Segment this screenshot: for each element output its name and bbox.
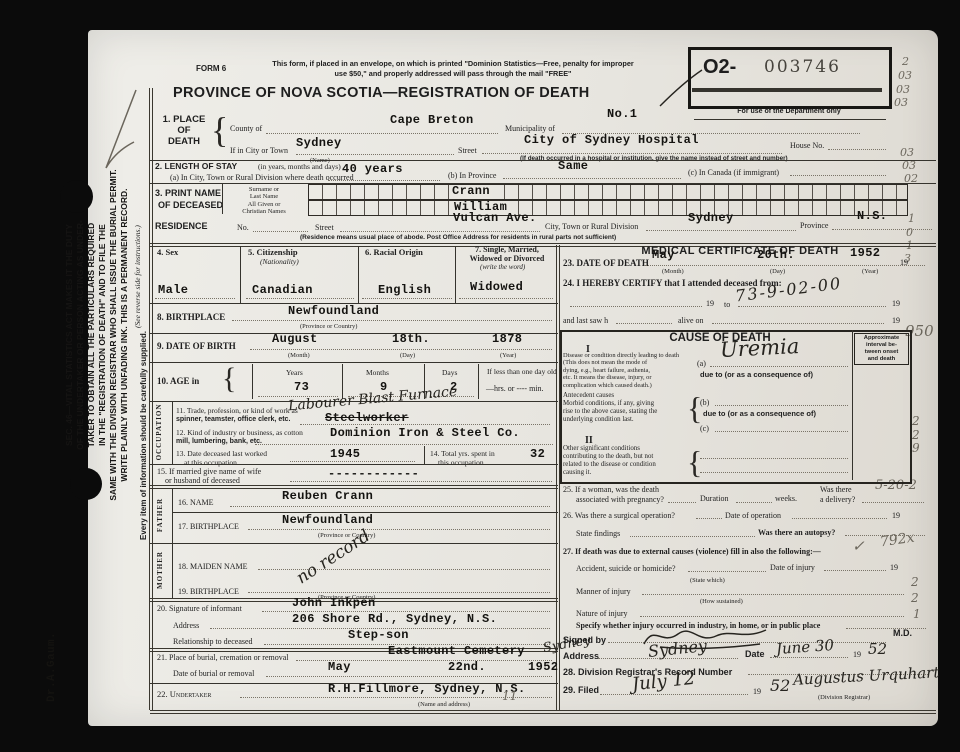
q25-duration-label: Duration	[700, 494, 728, 503]
dotted-line	[646, 230, 796, 231]
birth-year-caption: (Year)	[500, 352, 516, 359]
death-year-caption: (Year)	[862, 268, 878, 275]
q26-findings-label: State findings	[576, 529, 620, 538]
father-name-label: 16. NAME	[178, 498, 214, 507]
dotted-line	[715, 431, 848, 432]
mother-vertical-label: MOTHER	[156, 545, 170, 595]
sidebar-reverse-note: (See reverse side for instructions.)	[134, 166, 146, 328]
q27-line1: 27. If death was due to external causes …	[563, 547, 821, 556]
age-hrs-min-line: —hrs. or ---- min.	[486, 384, 544, 393]
informant-address-value: 206 Shore Rd., Sydney, N.S.	[292, 613, 497, 627]
stay-c-label: (c) In Canada (if immigrant)	[688, 168, 779, 177]
given-names-comb-field	[308, 200, 908, 216]
dotted-line	[266, 676, 552, 677]
last-worked-value: 1945	[330, 448, 360, 462]
dotted-line	[290, 461, 415, 462]
dotted-line	[824, 570, 886, 571]
brace-glyph: {	[687, 390, 702, 427]
rule	[240, 246, 241, 303]
dotted-line	[232, 320, 552, 321]
rule	[694, 119, 886, 120]
stay-a-value: 40 years	[342, 163, 403, 177]
dotted-line	[738, 306, 886, 307]
racial-origin-value: English	[378, 284, 431, 298]
surname-sublabel: Surname or Last Name	[224, 186, 304, 201]
place-of-death-label: 1. PLACE OF DEATH	[155, 114, 213, 147]
pencil-mark	[100, 88, 152, 180]
age-less-than-day-label: If less than one day old	[487, 368, 557, 377]
burial-year-value: 1952	[528, 661, 558, 675]
trade-label2: spinner, teamster, office clerk, etc.	[176, 416, 290, 424]
rule	[252, 364, 253, 399]
racial-origin-label: 6. Racial Origin	[365, 248, 423, 258]
print-name-label: 3. PRINT NAME	[155, 188, 221, 198]
dotted-line	[328, 180, 440, 181]
dotted-line	[570, 306, 702, 307]
dotted-line	[253, 231, 308, 232]
stay-a-label: (a) In City, Town or Rural Division wher…	[170, 173, 354, 182]
q27-manner-label: Manner of injury	[576, 587, 631, 596]
spouse-label2: or husband of deceased	[165, 476, 240, 485]
brace-glyph: {	[222, 362, 236, 397]
rule	[150, 160, 936, 161]
stamp-serial-number: 003746	[764, 58, 841, 78]
county-value: Cape Breton	[390, 114, 474, 128]
informant-name-value: John Inkpen	[292, 597, 376, 611]
dotted-line	[640, 616, 904, 617]
age-years-label: Years	[286, 369, 303, 378]
dotted-line	[630, 536, 755, 537]
sex-value: Male	[158, 284, 188, 298]
dotted-line	[230, 506, 550, 507]
rule	[150, 464, 558, 465]
cause-disease-note: Disease or condition directly leading to…	[563, 352, 701, 389]
birthplace-caption: (Province or Country)	[300, 323, 357, 330]
dotted-line	[600, 694, 748, 695]
dotted-line	[255, 444, 553, 445]
rule	[424, 446, 425, 464]
street-label: Street	[458, 146, 477, 155]
mother-maiden-name-label: 18. MAIDEN NAME	[178, 562, 248, 571]
dotted-line	[459, 298, 553, 299]
rule	[172, 488, 173, 543]
q27-nature-label: Nature of injury	[576, 609, 628, 618]
dotted-line	[300, 424, 550, 425]
birth-month-value: August	[272, 333, 318, 347]
dotted-line	[266, 133, 498, 134]
birthplace-label: 8. BIRTHPLACE	[157, 312, 225, 322]
medical-certificate-title: MEDICAL CERTIFICATE OF DEATH	[600, 245, 880, 258]
marital-caption: (write the word)	[480, 263, 525, 271]
undertaker-caption: (Name and address)	[418, 701, 470, 708]
printed-19: 19	[892, 316, 900, 325]
dotted-line	[362, 298, 452, 299]
death-day-value: 20th.	[757, 249, 795, 263]
dotted-line	[340, 231, 540, 232]
residence-street-label: Street	[315, 223, 334, 232]
signed-year-handwritten: 52	[868, 641, 887, 658]
cause-a-handwritten-uremia: Uremia	[719, 334, 799, 362]
pencil-note: 1	[913, 608, 921, 622]
birth-year-value: 1878	[492, 333, 522, 347]
dotted-line	[645, 265, 925, 266]
dotted-line	[700, 458, 848, 459]
undertaker-value: R.H.Fillmore, Sydney, N.S.	[328, 683, 526, 697]
rule	[172, 544, 173, 598]
house-no-label: House No.	[790, 141, 824, 150]
death-month-value: May	[652, 249, 675, 263]
stay-b-label: (b) In Province	[448, 171, 496, 180]
residence-city-value: Sydney	[688, 212, 734, 226]
dotted-line	[828, 149, 886, 150]
age-months-label: Months	[366, 369, 389, 378]
burial-date-label: Date of burial or removal	[173, 669, 254, 678]
q25-weeks-label: weeks.	[775, 494, 797, 503]
rule	[150, 362, 558, 363]
dotted-line	[482, 153, 782, 154]
due-to-label2: due to (or as a consequence of)	[703, 410, 816, 419]
dotted-line	[642, 594, 904, 595]
division-registrar-caption: (Division Registrar)	[818, 694, 870, 701]
pencil-note: 1	[908, 213, 915, 226]
filed-label: 29. Filed	[563, 685, 599, 695]
dotted-line	[616, 323, 672, 324]
md-label: M.D.	[893, 628, 912, 638]
antecedent-causes-note: Antecedent causes Morbid conditions, if …	[563, 392, 703, 424]
dotted-line	[246, 298, 354, 299]
dotted-line	[503, 178, 681, 179]
dotted-line	[248, 529, 550, 530]
pencil-checkmark: ✓	[852, 538, 865, 555]
interval-column-header: Approximate interval be- tween onset and…	[854, 333, 909, 365]
q25-was-there-label: Was there	[820, 485, 852, 494]
informant-label: 20. Signature of informant	[157, 604, 242, 613]
q25-line1: 25. If a woman, was the death	[563, 485, 659, 494]
death-year-value: 1952	[850, 247, 880, 261]
informant-relationship-value: Step-son	[348, 629, 409, 643]
q25-delivery-label: a delivery?	[820, 495, 855, 504]
dotted-line	[845, 535, 925, 536]
printed-19: 19	[853, 650, 861, 659]
dotted-line	[790, 175, 886, 176]
rule	[358, 246, 359, 303]
pencil-note: 03	[898, 70, 912, 83]
q27-state-which-caption: (State which)	[690, 577, 725, 584]
rule	[852, 330, 853, 480]
residence-label: RESIDENCE	[155, 221, 208, 231]
dotted-line	[250, 349, 552, 350]
date-of-birth-label: 9. DATE OF BIRTH	[157, 341, 236, 351]
city-town-label: If in City or Town	[230, 146, 288, 155]
cause-b-label: (b)	[700, 398, 709, 407]
date-of-death-label: 23. DATE OF DEATH	[563, 258, 649, 268]
signed-by-label: Signed by	[563, 635, 606, 645]
industry-value: Dominion Iron & Steel Co.	[330, 427, 520, 441]
filed-year-handwritten: 52	[770, 677, 790, 695]
dotted-line	[712, 323, 884, 324]
stamp-prefix: O2-	[703, 56, 736, 79]
dotted-line	[710, 366, 848, 367]
dotted-line	[688, 571, 766, 572]
dotted-line	[700, 472, 848, 473]
certify-to-label: to	[724, 300, 730, 309]
doctor-annotation: Dr.A.Gaum.	[46, 552, 62, 702]
pencil-note: 2	[902, 56, 909, 69]
printed-19: 19	[753, 687, 761, 696]
undertaker-label: 22. Undertaker	[157, 690, 211, 700]
rule	[150, 710, 936, 714]
industry-label: 12. Kind of industry or business, as cot…	[176, 429, 303, 438]
surname-value: Crann	[450, 185, 492, 199]
rule	[172, 401, 173, 464]
given-names-sublabel: All Given or Christian Names	[224, 201, 304, 216]
burial-day-value: 22nd.	[448, 661, 486, 675]
informant-address-label: Address	[173, 621, 199, 630]
date-label: Date	[745, 649, 765, 659]
industry-label2: mill, lumbering, bank, etc.	[176, 438, 262, 446]
pencil-note: 11	[502, 690, 517, 704]
q27-injury-date-label: Date of injury	[770, 563, 815, 572]
birthplace-value: Newfoundland	[288, 305, 379, 319]
dotted-line	[696, 518, 722, 519]
residence-city-label: City, Town or Rural Division	[545, 222, 638, 231]
father-birthplace-label: 17. BIRTHPLACE	[178, 522, 239, 531]
envelope-note: This form, if placed in an envelope, on …	[218, 59, 688, 78]
residence-province-label: Province	[800, 221, 828, 230]
last-saw-label: and last saw h	[563, 316, 608, 325]
age-label: 10. AGE in	[157, 376, 199, 386]
sidebar-vital-statistics-notice: SEC. 46—VITAL STATISTICS ACT MAKES IT TH…	[64, 142, 144, 528]
mother-birthplace-label: 19. BIRTHPLACE	[178, 587, 239, 596]
stay-b-value: Same	[558, 160, 588, 174]
residence-no-label: No.	[237, 223, 249, 232]
pencil-note: 03	[896, 84, 910, 97]
page-title: PROVINCE OF NOVA SCOTIA—REGISTRATION OF …	[173, 85, 703, 102]
dotted-line	[832, 229, 932, 230]
dotted-line	[792, 518, 887, 519]
pencil-note: 2	[911, 592, 919, 606]
rule	[692, 88, 882, 92]
q27-accident-label: Accident, suicide or homicide?	[576, 564, 676, 573]
death-month-caption: (Month)	[662, 268, 684, 275]
q26-line1: 26. Was there a surgical operation?	[563, 511, 675, 520]
dotted-line	[668, 502, 696, 503]
municipality-value: No.1	[607, 108, 637, 122]
dotted-line	[296, 154, 454, 155]
q26-op-date-label: Date of operation	[725, 511, 781, 520]
cause-c-label: (c)	[700, 424, 709, 433]
birth-day-value: 18th.	[392, 333, 430, 347]
burial-place-value: Eastmount Cemetery	[388, 645, 525, 659]
printed-19: 19	[706, 299, 714, 308]
occupation-vertical-label: OCCUPATION	[155, 403, 171, 461]
residence-street-value: Vulcan Ave.	[453, 212, 537, 226]
address-label: Address	[563, 651, 599, 661]
length-of-stay-label: 2. LENGTH OF STAY	[155, 162, 237, 172]
citizenship-value: Canadian	[252, 284, 313, 298]
informant-relationship-label: Relationship to deceased	[173, 637, 253, 646]
brace-glyph: {	[687, 444, 702, 481]
street-value: City of Sydney Hospital	[524, 134, 699, 148]
dotted-line	[248, 592, 550, 593]
brace-glyph: {	[211, 110, 228, 151]
burial-place-label: 21. Place of burial, cremation or remova…	[157, 653, 289, 662]
dotted-line	[736, 502, 772, 503]
sex-label: 4. Sex	[157, 248, 178, 258]
father-vertical-label: FATHER	[156, 490, 170, 540]
q26-autopsy-label: Was there an autopsy?	[758, 528, 835, 537]
printed-19: 19	[900, 258, 908, 267]
rule	[455, 246, 456, 303]
marital-status-label: 7. Single, Married, Widowed or Divorced	[459, 245, 555, 263]
spouse-value: ------------	[328, 468, 419, 482]
death-day-caption: (Day)	[770, 268, 785, 275]
pencil-note: 2	[912, 415, 920, 429]
trade-label: 11. Trade, profession, or kind of work a…	[176, 407, 298, 416]
q25-line2: associated with pregnancy?	[576, 495, 664, 504]
surname-comb-field	[308, 184, 908, 200]
pencil-note: 9	[912, 442, 920, 456]
dotted-line	[770, 657, 848, 658]
spouse-label: 15. If married give name of wife	[157, 467, 261, 476]
pencil-note: 2	[911, 576, 919, 590]
city-town-value: Sydney	[296, 137, 342, 151]
pencil-note: 03	[894, 97, 908, 110]
dotted-line	[862, 502, 924, 503]
pencil-note: 03	[900, 147, 914, 160]
rule	[222, 184, 223, 214]
rule	[478, 364, 479, 399]
residence-province-value: N.S.	[857, 210, 887, 224]
burial-month-value: May	[328, 661, 351, 675]
printed-19: 19	[892, 299, 900, 308]
nationality-caption: (Nationality)	[260, 258, 299, 267]
stamp-caption: For use of the Department only	[694, 108, 884, 116]
due-to-label: due to (or as a consequence of)	[700, 371, 813, 380]
alive-on-label: alive on	[678, 316, 704, 325]
dotted-line	[290, 481, 552, 482]
length-of-stay-paren: (in years, months and days)	[258, 163, 341, 172]
county-label: County of	[230, 124, 262, 133]
residence-caption: (Residence means usual place of abode. P…	[300, 234, 616, 241]
total-years-value: 32	[530, 448, 545, 462]
other-conditions-note: Other significant conditions contributin…	[563, 445, 705, 477]
printed-19: 19	[892, 511, 900, 520]
dotted-line	[715, 405, 848, 406]
dotted-line	[598, 658, 738, 659]
cause-a-label: (a)	[697, 359, 706, 368]
printed-19: 19	[890, 563, 898, 572]
marital-value: Widowed	[470, 281, 523, 295]
father-birthplace-value: Newfoundland	[282, 514, 373, 528]
dotted-line	[846, 628, 926, 629]
q27-how-sustained-caption: (How sustained)	[700, 598, 743, 605]
birth-month-caption: (Month)	[288, 352, 310, 359]
scanned-death-certificate: SEC. 46—VITAL STATISTICS ACT MAKES IT TH…	[0, 0, 960, 752]
age-years-value: 73	[294, 381, 309, 395]
rule	[149, 88, 153, 710]
municipality-label: Municipality of	[505, 124, 555, 133]
birth-day-caption: (Day)	[400, 352, 415, 359]
pencil-note: 03	[902, 160, 916, 173]
print-name-label2: OF DECEASED	[158, 200, 223, 210]
dotted-line	[155, 298, 235, 299]
father-name-value: Reuben Crann	[282, 490, 373, 504]
age-days-label: Days	[442, 369, 457, 378]
